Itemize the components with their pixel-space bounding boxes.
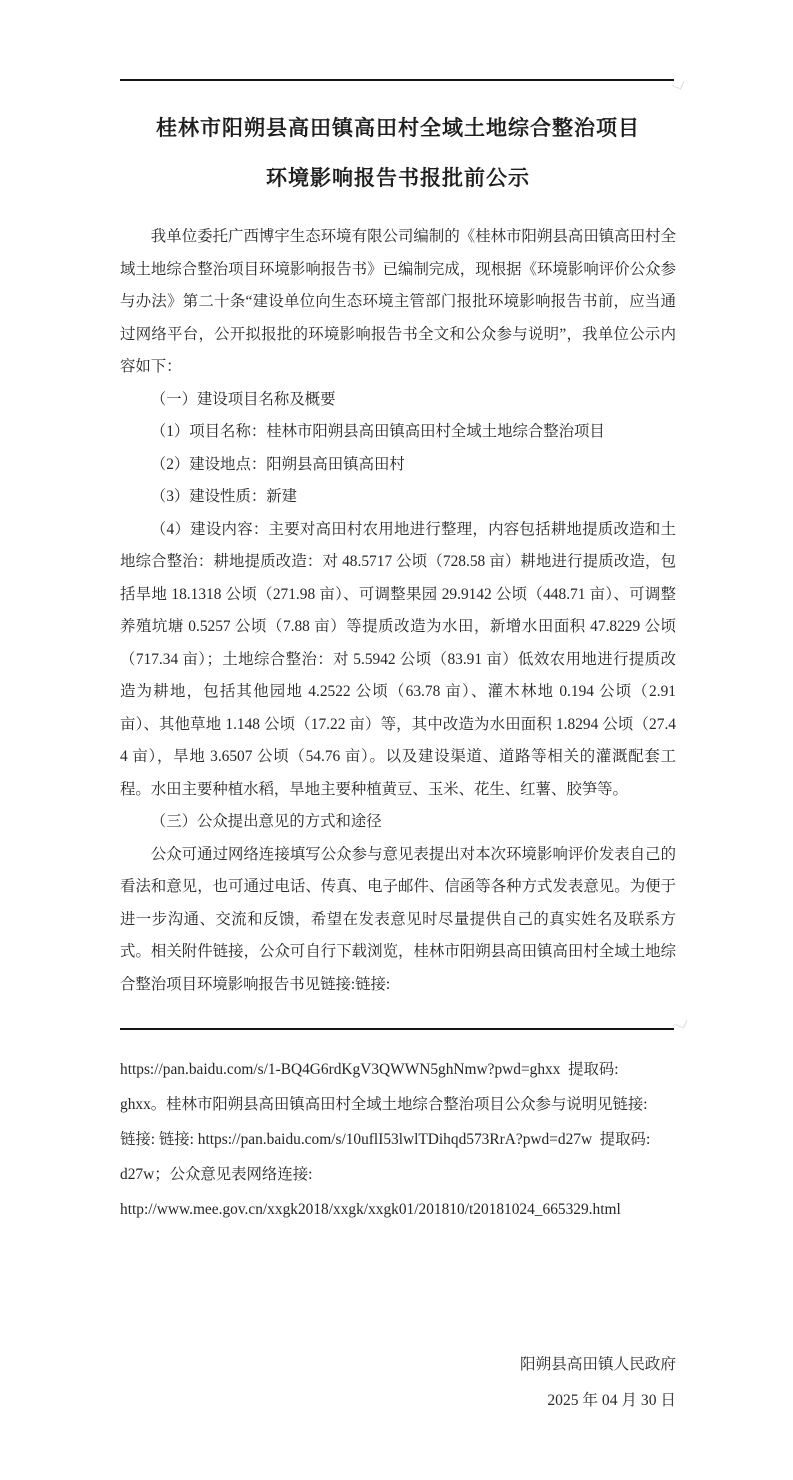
paragraph-public-opinion: 公众可通过网络连接填写公众参与意见表提出对本次环境影响评价发表自己的看法和意见，…	[120, 839, 676, 1002]
report-link-url: https://pan.baidu.com/s/1-BQ4G6rdKgV3QWW…	[120, 1052, 700, 1087]
signature-block: 阳朔县高田镇人民政府 2025 年 04 月 30 日	[120, 1347, 676, 1419]
document-page: 桂林市阳朔县高田镇高田村全域土地综合整治项目 环境影响报告书报批前公示 我单位委…	[0, 0, 793, 1480]
participation-link-code: d27w；公众意见表网络连接:	[120, 1157, 700, 1192]
scan-artifact	[672, 77, 685, 89]
publish-date: 2025 年 04 月 30 日	[120, 1383, 676, 1419]
issuer-name: 阳朔县高田镇人民政府	[120, 1347, 676, 1383]
item-project-nature: （3）建设性质：新建	[120, 481, 676, 514]
item-project-location: （2）建设地点：阳朔县高田镇高田村	[120, 449, 676, 482]
document-title: 桂林市阳朔县高田镇高田村全域土地综合整治项目 环境影响报告书报批前公示	[120, 103, 676, 203]
item-project-name: （1）项目名称：桂林市阳朔县高田镇高田村全域土地综合整治项目	[120, 416, 676, 449]
participation-link-url: 链接: 链接: https://pan.baidu.com/s/10uflI53…	[120, 1122, 700, 1157]
section-heading-3: （三）公众提出意见的方式和途径	[120, 806, 676, 839]
opinion-form-link-url: http://www.mee.gov.cn/xxgk2018/xxgk/xxgk…	[120, 1192, 700, 1227]
page-title-line-1: 桂林市阳朔县高田镇高田村全域土地综合整治项目	[120, 103, 676, 153]
scan-artifact	[675, 1016, 688, 1028]
paragraph-intro: 我单位委托广西博宇生态环境有限公司编制的《桂林市阳朔县高田镇高田村全域土地综合整…	[120, 221, 676, 384]
section-heading-1: （一）建设项目名称及概要	[120, 384, 676, 417]
report-link-note: ghxx。桂林市阳朔县高田镇高田村全域土地综合整治项目公众参与说明见链接:	[120, 1087, 700, 1122]
document-body: 我单位委托广西博宇生态环境有限公司编制的《桂林市阳朔县高田镇高田村全域土地综合整…	[120, 221, 676, 1001]
item-project-content: （4）建设内容：主要对高田村农用地进行整理，内容包括耕地提质改造和土地综合整治：…	[120, 514, 676, 807]
header-rule	[120, 79, 674, 81]
section-divider-rule	[120, 1028, 674, 1030]
page-title-line-2: 环境影响报告书报批前公示	[120, 153, 676, 203]
links-section: https://pan.baidu.com/s/1-BQ4G6rdKgV3QWW…	[120, 1052, 700, 1227]
